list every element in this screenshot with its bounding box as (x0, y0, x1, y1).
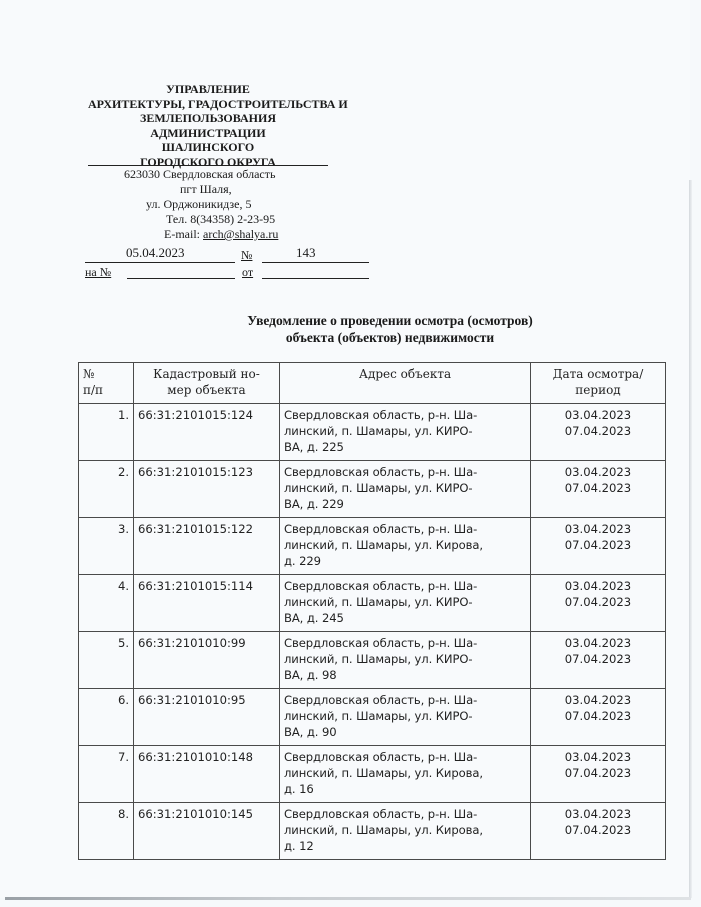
cadastral-number: 66:31:2101010:99 (134, 632, 280, 689)
row-number: 7. (79, 746, 134, 803)
document-page: УПРАВЛЕНИЕ АРХИТЕКТУРЫ, ГРАДОСТРОИТЕЛЬСТ… (0, 0, 690, 898)
scan-edge-bottom (5, 897, 691, 900)
row-number: 1. (79, 404, 134, 461)
date-to: 07.04.2023 (535, 594, 661, 610)
row-number: 5. (79, 632, 134, 689)
col-header-number: №п/п (79, 363, 134, 404)
address-email-row: E-mail: arch@shalya.ru (164, 227, 278, 242)
cadastral-number: 66:31:2101010:95 (134, 689, 280, 746)
reply-to-field (127, 278, 235, 279)
registration-date: 05.04.2023 (126, 245, 185, 261)
title-line: Уведомление о проведении осмотра (осмотр… (200, 312, 580, 329)
table-row: 1.66:31:2101015:124Свердловская область,… (79, 404, 666, 461)
date-to: 07.04.2023 (535, 765, 661, 781)
table-row: 6.66:31:2101010:95Свердловская область, … (79, 689, 666, 746)
object-address: Свердловская область, р-н. Ша-линский, п… (280, 461, 531, 518)
date-to: 07.04.2023 (535, 822, 661, 838)
object-address: Свердловская область, р-н. Ша-линский, п… (280, 632, 531, 689)
date-to: 07.04.2023 (535, 537, 661, 553)
inspection-period: 03.04.202307.04.2023 (531, 461, 666, 518)
date-from: 03.04.2023 (535, 635, 661, 651)
inspection-period: 03.04.202307.04.2023 (531, 518, 666, 575)
cadastral-number: 66:31:2101010:148 (134, 746, 280, 803)
inspection-period: 03.04.202307.04.2023 (531, 746, 666, 803)
registration-number: 143 (296, 245, 316, 261)
inspection-table: №п/п Кадастровый но-мер объекта Адрес об… (78, 362, 666, 860)
date-from: 03.04.2023 (535, 521, 661, 537)
object-address: Свердловская область, р-н. Ша-линский, п… (280, 518, 531, 575)
inspection-period: 03.04.202307.04.2023 (531, 575, 666, 632)
row-number: 2. (79, 461, 134, 518)
date-from: 03.04.2023 (535, 692, 661, 708)
table-row: 5.66:31:2101010:99Свердловская область, … (79, 632, 666, 689)
object-address: Свердловская область, р-н. Ша-линский, п… (280, 689, 531, 746)
date-from: 03.04.2023 (535, 407, 661, 423)
header-divider (88, 165, 328, 166)
document-title: Уведомление о проведении осмотра (осмотр… (200, 312, 580, 346)
date-to: 07.04.2023 (535, 651, 661, 667)
inspection-period: 03.04.202307.04.2023 (531, 689, 666, 746)
inspection-period: 03.04.202307.04.2023 (531, 803, 666, 860)
date-to: 07.04.2023 (535, 423, 661, 439)
row-number: 6. (79, 689, 134, 746)
cadastral-number: 66:31:2101015:124 (134, 404, 280, 461)
table-header-row: №п/п Кадастровый но-мер объекта Адрес об… (79, 363, 666, 404)
reply-to-label: на № (85, 265, 111, 280)
table-row: 3.66:31:2101015:122Свердловская область,… (79, 518, 666, 575)
row-number: 4. (79, 575, 134, 632)
table-row: 4.66:31:2101015:114Свердловская область,… (79, 575, 666, 632)
date-from: 03.04.2023 (535, 578, 661, 594)
org-line: ШАЛИНСКОГО (88, 140, 328, 155)
inspection-period: 03.04.202307.04.2023 (531, 404, 666, 461)
number-underline (262, 262, 369, 263)
from-field (262, 278, 369, 279)
table-row: 2.66:31:2101015:123Свердловская область,… (79, 461, 666, 518)
number-label: № (241, 248, 252, 263)
object-address: Свердловская область, р-н. Ша-линский, п… (280, 746, 531, 803)
object-address: Свердловская область, р-н. Ша-линский, п… (280, 404, 531, 461)
address-street: ул. Орджоникидзе, 5 (146, 197, 251, 212)
date-from: 03.04.2023 (535, 806, 661, 822)
table-row: 8.66:31:2101010:145Свердловская область,… (79, 803, 666, 860)
date-to: 07.04.2023 (535, 708, 661, 724)
row-number: 3. (79, 518, 134, 575)
object-address: Свердловская область, р-н. Ша-линский, п… (280, 575, 531, 632)
org-line: АРХИТЕКТУРЫ, ГРАДОСТРОИТЕЛЬСТВА И (88, 97, 328, 112)
col-header-address: Адрес объекта (280, 363, 531, 404)
cadastral-number: 66:31:2101010:145 (134, 803, 280, 860)
object-address: Свердловская область, р-н. Ша-линский, п… (280, 803, 531, 860)
date-from: 03.04.2023 (535, 464, 661, 480)
email-label: E-mail: (164, 227, 203, 241)
title-line: объекта (объектов) недвижимости (200, 329, 580, 346)
address-postal: 623030 Свердловская область (124, 167, 275, 182)
row-number: 8. (79, 803, 134, 860)
organization-name: УПРАВЛЕНИЕ АРХИТЕКТУРЫ, ГРАДОСТРОИТЕЛЬСТ… (88, 82, 328, 169)
org-line: ЗЕМЛЕПОЛЬЗОВАНИЯ (88, 111, 328, 126)
from-label: от (242, 265, 253, 280)
date-to: 07.04.2023 (535, 480, 661, 496)
scan-edge-right (689, 180, 692, 898)
date-from: 03.04.2023 (535, 749, 661, 765)
org-line: АДМИНИСТРАЦИИ (88, 126, 328, 141)
org-line: УПРАВЛЕНИЕ (88, 82, 328, 97)
date-underline (85, 262, 235, 263)
address-phone: Тел. 8(34358) 2-23-95 (166, 212, 275, 227)
cadastral-number: 66:31:2101015:114 (134, 575, 280, 632)
col-header-date: Дата осмотра/период (531, 363, 666, 404)
table-row: 7.66:31:2101010:148Свердловская область,… (79, 746, 666, 803)
address-settlement: пгт Шаля, (180, 182, 232, 197)
inspection-period: 03.04.202307.04.2023 (531, 632, 666, 689)
email-link[interactable]: arch@shalya.ru (203, 227, 278, 241)
cadastral-number: 66:31:2101015:123 (134, 461, 280, 518)
col-header-cadastral: Кадастровый но-мер объекта (134, 363, 280, 404)
cadastral-number: 66:31:2101015:122 (134, 518, 280, 575)
